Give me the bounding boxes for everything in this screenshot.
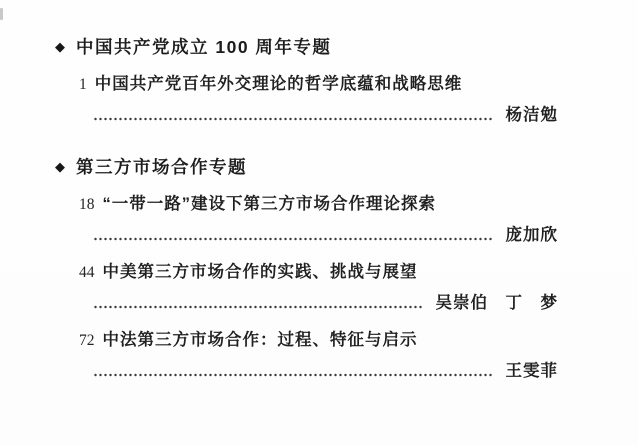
diamond-bullet-icon: ◆ [55,156,65,178]
scan-artifact [0,8,3,20]
section-header: ◆ 中国共产党成立 100 周年专题 [55,36,558,58]
page-number: 1 [79,74,87,96]
section-title: 中国共产党成立 100 周年专题 [76,36,331,58]
page-number: 18 [79,194,95,216]
toc-entry: 44 中美第三方市场合作的实践、挑战与展望 吴崇伯 丁 梦 [79,261,558,314]
article-title-row: 44 中美第三方市场合作的实践、挑战与展望 [79,261,558,284]
article-authors: 吴崇伯 丁 梦 [436,292,559,314]
article-title: 中美第三方市场合作的实践、挑战与展望 [103,261,418,283]
journal-toc-page: ◆ 中国共产党成立 100 周年专题 1 中国共产党百年外交理论的哲学底蕴和战略… [0,0,638,445]
toc-entry: 72 中法第三方市场合作：过程、特征与启示 王雯菲 [79,329,558,382]
leader-row: 杨洁勉 [93,104,558,126]
article-title: 中国共产党百年外交理论的哲学底蕴和战略思维 [95,73,463,95]
dot-leader-line [93,373,494,377]
dot-leader-line [93,117,494,121]
leader-row: 吴崇伯 丁 梦 [93,292,558,314]
toc-section-third-party-market: ◆ 第三方市场合作专题 18 “一带一路”建设下第三方市场合作理论探索 庞加欣 … [55,156,558,382]
article-title-row: 1 中国共产党百年外交理论的哲学底蕴和战略思维 [79,73,558,96]
section-header: ◆ 第三方市场合作专题 [55,156,558,178]
toc-section-cpc-centenary: ◆ 中国共产党成立 100 周年专题 1 中国共产党百年外交理论的哲学底蕴和战略… [55,36,558,126]
article-authors: 庞加欣 [506,224,559,246]
section-title: 第三方市场合作专题 [76,156,247,178]
article-title: 中法第三方市场合作：过程、特征与启示 [103,329,418,351]
article-authors: 杨洁勉 [506,104,559,126]
dot-leader-line [93,237,494,241]
toc-entry: 18 “一带一路”建设下第三方市场合作理论探索 庞加欣 [79,193,558,246]
dot-leader-line [93,305,424,309]
leader-row: 王雯菲 [93,360,558,382]
article-title: “一带一路”建设下第三方市场合作理论探索 [103,193,437,215]
article-title-row: 72 中法第三方市场合作：过程、特征与启示 [79,329,558,352]
article-authors: 王雯菲 [506,360,559,382]
leader-row: 庞加欣 [93,224,558,246]
article-title-row: 18 “一带一路”建设下第三方市场合作理论探索 [79,193,558,216]
toc-entry: 1 中国共产党百年外交理论的哲学底蕴和战略思维 杨洁勉 [79,73,558,126]
diamond-bullet-icon: ◆ [55,36,65,58]
page-number: 72 [79,330,95,352]
page-number: 44 [79,262,95,284]
